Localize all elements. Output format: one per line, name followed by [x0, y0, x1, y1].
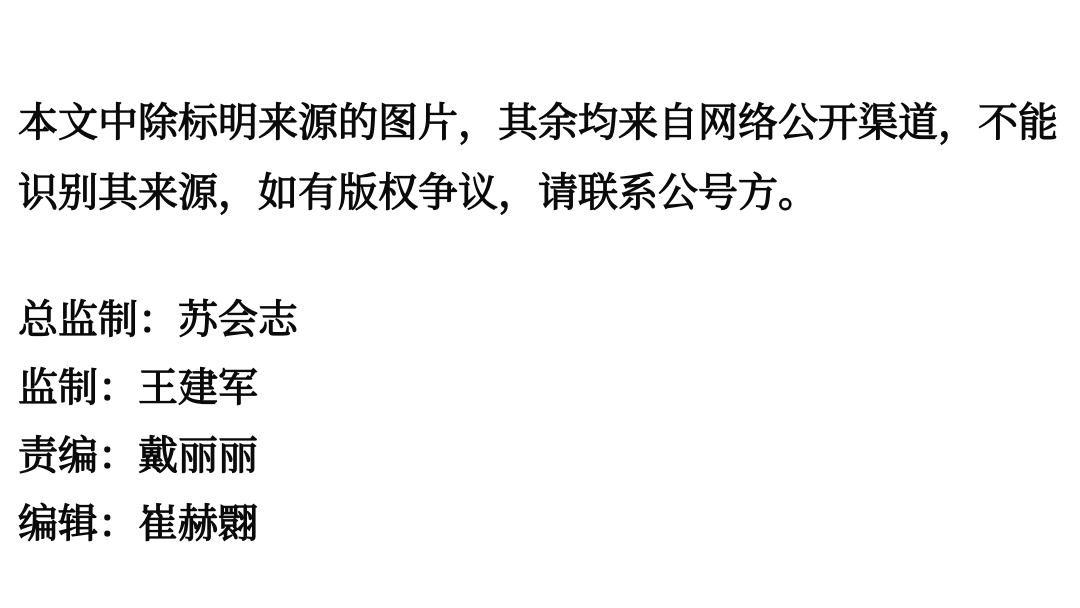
- credit-line-producer: 监制：王建军: [18, 354, 1062, 422]
- copyright-disclaimer-text: 本文中除标明来源的图片，其余均来自网络公开渠道，不能识别其来源，如有版权争议，请…: [18, 88, 1062, 228]
- article-footer-page: 本文中除标明来源的图片，其余均来自网络公开渠道，不能识别其来源，如有版权争议，请…: [0, 0, 1080, 608]
- credit-line-chief-producer: 总监制：苏会志: [18, 286, 1062, 354]
- credit-line-editor: 编辑：崔赫翾: [18, 490, 1062, 558]
- credit-line-chief-editor: 责编：戴丽丽: [18, 422, 1062, 490]
- credits-list: 总监制：苏会志 监制：王建军 责编：戴丽丽 编辑：崔赫翾: [18, 286, 1062, 558]
